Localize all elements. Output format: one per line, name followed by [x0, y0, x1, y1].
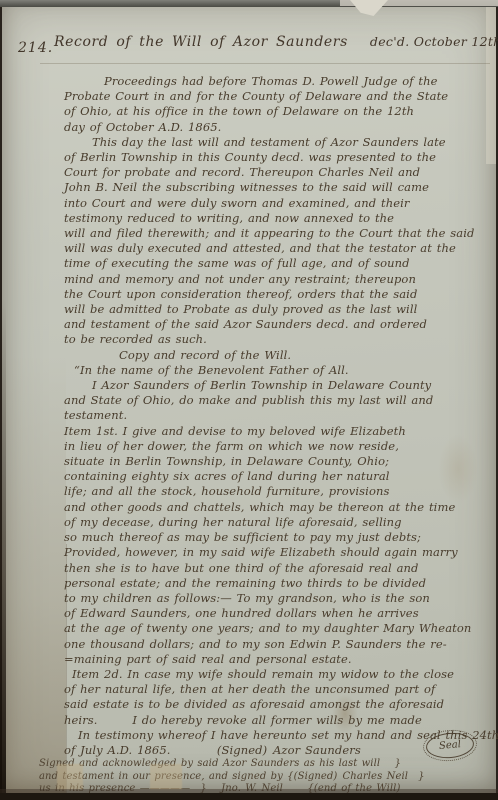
manuscript-line: Probate Court in and for the County of D…: [64, 89, 478, 104]
manuscript-line: testimony reduced to writing, and now an…: [64, 211, 478, 226]
manuscript-line: =maining part of said real and personal …: [64, 652, 478, 667]
manuscript-line: “In the name of the Benevolent Father of…: [64, 363, 478, 378]
manuscript-line: containing eighty six acres of land duri…: [64, 469, 478, 484]
manuscript-line: to my children as follows:— To my grands…: [64, 591, 478, 606]
manuscript-line: will and filed therewith; and it appeari…: [64, 226, 478, 241]
tape-mark: [57, 764, 83, 790]
manuscript-line: of her natural life, then at her death t…: [64, 682, 478, 697]
manuscript-line: personal estate; and the remaining two t…: [64, 576, 478, 591]
manuscript-line: and testament of the said Azor Saunders …: [64, 317, 478, 332]
manuscript-line: and testament in our presence, and signe…: [64, 771, 478, 784]
record-date: dec'd. October 12th 1865.: [370, 34, 498, 49]
manuscript-line: will be admitted to Probate as duly prov…: [64, 302, 478, 317]
page-number: 214.: [18, 40, 53, 56]
paper-seam: [40, 63, 490, 64]
manuscript-line: In testimony whereof I have hereunto set…: [64, 728, 478, 743]
manuscript-page: 214. Record of the Will of Azor Saunders…: [2, 4, 496, 795]
record-title: Record of the Will of Azor Saunders: [54, 34, 348, 50]
manuscript-line: into Court and were duly sworn and exami…: [64, 196, 478, 211]
record-title-row: Record of the Will of Azor Saunders dec'…: [54, 34, 488, 50]
tape-mark: [150, 764, 182, 790]
manuscript-line: Item 2d. In case my wife should remain m…: [64, 667, 478, 682]
manuscript-line: in lieu of her dower, the farm on which …: [64, 439, 478, 454]
manuscript-line: day of October A.D. 1865.: [64, 120, 478, 135]
manuscript-line: the Court upon consideration thereof, or…: [64, 287, 478, 302]
photo-bottom-edge: [0, 793, 498, 800]
manuscript-line: then she is to have but one third of the…: [64, 561, 478, 576]
manuscript-line: mind and memory and not under any restra…: [64, 272, 478, 287]
manuscript-line: at the age of twenty one years; and to m…: [64, 621, 478, 636]
manuscript-body: Proceedings had before Thomas D. Powell …: [64, 74, 478, 796]
manuscript-line: This day the last will and testament of …: [64, 135, 478, 150]
manuscript-line: heirs. I do hereby revoke all former wil…: [64, 713, 478, 728]
manuscript-line: and other goods and chattels, which may …: [64, 500, 478, 515]
manuscript-line: of Berlin Township in this County decd. …: [64, 150, 478, 165]
manuscript-line: situate in Berlin Township, in Delaware …: [64, 454, 478, 469]
manuscript-line: I Azor Saunders of Berlin Township in De…: [64, 378, 478, 393]
manuscript-line: of Edward Saunders, one hundred dollars …: [64, 606, 478, 621]
manuscript-line: Signed and acknowledged by said Azor Sau…: [64, 758, 478, 771]
manuscript-line: Item 1st. I give and devise to my belove…: [64, 424, 478, 439]
manuscript-line: Provided, however, in my said wife Eliza…: [64, 545, 478, 560]
manuscript-line: Proceedings had before Thomas D. Powell …: [64, 74, 478, 89]
manuscript-line: one thousand dollars; and to my son Edwi…: [64, 637, 478, 652]
manuscript-line: so much thereof as may be sufficient to …: [64, 530, 478, 545]
manuscript-line: Court for probate and record. Thereupon …: [64, 165, 478, 180]
manuscript-line: of July A.D. 1865. (Signed) Azor Saunder…: [64, 743, 478, 758]
manuscript-line: will was duly executed and attested, and…: [64, 241, 478, 256]
seal-label: Seal: [439, 739, 462, 752]
binding-shadow: [2, 354, 66, 795]
manuscript-line: life; and all the stock, household furni…: [64, 484, 478, 499]
document-photo: 214. Record of the Will of Azor Saunders…: [0, 0, 498, 800]
adjacent-page-edge: [486, 4, 496, 164]
manuscript-line: of my decease, during her natural life a…: [64, 515, 478, 530]
manuscript-line: testament.: [64, 408, 478, 423]
manuscript-line: time of executing the same was of full a…: [64, 256, 478, 271]
manuscript-line: and State of Ohio, do make and publish t…: [64, 393, 478, 408]
manuscript-line: of Ohio, at his office in the town of De…: [64, 104, 478, 119]
manuscript-line: to be recorded as such.: [64, 332, 478, 347]
manuscript-line: Copy and record of the Will.: [64, 348, 478, 363]
photo-left-edge: [0, 300, 6, 800]
manuscript-line: John B. Neil the subscribing witnesses t…: [64, 180, 478, 195]
manuscript-line: said estate is to be divided as aforesai…: [64, 697, 478, 712]
